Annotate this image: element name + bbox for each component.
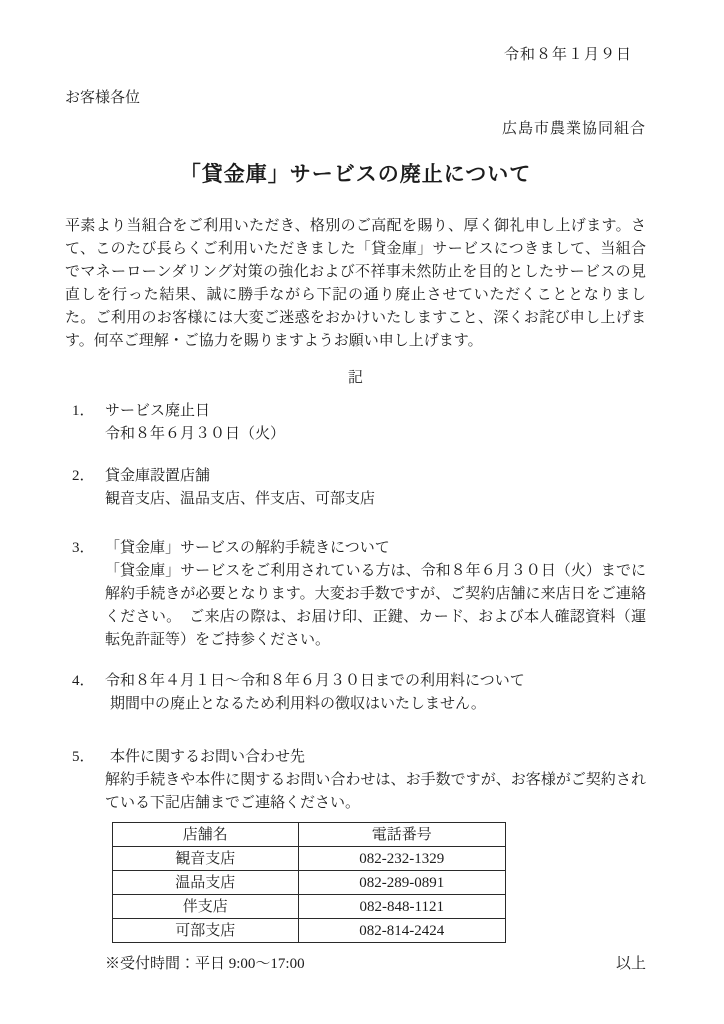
list-item-number: 4． <box>72 670 105 716</box>
list-item-heading: 令和８年４月１日～令和８年６月３０日までの利用料について <box>105 673 525 689</box>
list-item-number: 3． <box>72 537 105 652</box>
list-item-content: サービス廃止日 令和８年６月３０日（火） <box>105 400 646 446</box>
table-header-row: 店舗名 電話番号 <box>113 823 506 847</box>
list-item-content: 「貸金庫」サービスの解約手続きについて 「貸金庫」サービスをご利用されている方は… <box>105 537 646 652</box>
list-item-number: 5． <box>72 746 105 815</box>
column-header-branch: 店舗名 <box>113 823 299 847</box>
list-item-heading: 貸金庫設置店舗 <box>105 468 210 484</box>
list-item-heading: 本件に関するお問い合わせ先 <box>105 749 305 765</box>
list-item-heading: サービス廃止日 <box>105 403 210 419</box>
branch-name: 観音支店 <box>113 847 299 871</box>
branch-name: 可部支店 <box>113 919 299 943</box>
sender-organization: 広島市農業協同組合 <box>65 118 646 141</box>
table-row: 可部支店 082-814-2424 <box>113 919 506 943</box>
closing-marker: 以上 <box>616 953 646 976</box>
branch-name: 伴支店 <box>113 895 299 919</box>
document-page: 令和８年１月９日 お客様各位 広島市農業協同組合 「貸金庫」サービスの廃止につい… <box>0 0 724 1024</box>
table-row: 観音支店 082-232-1329 <box>113 847 506 871</box>
list-item-content: 貸金庫設置店舗 観音支店、温品支店、伴支店、可部支店 <box>105 465 646 511</box>
branch-phone: 082-814-2424 <box>298 919 506 943</box>
list-item-body: 期間中の廃止となるため利用料の徴収はいたしません。 <box>105 696 486 712</box>
list-item-1: 1． サービス廃止日 令和８年６月３０日（火） <box>65 400 646 446</box>
list-item-4: 4． 令和８年４月１日～令和８年６月３０日までの利用料について 期間中の廃止とな… <box>65 670 646 716</box>
list-item-heading: 「貸金庫」サービスの解約手続きについて <box>105 540 390 556</box>
table-row: 伴支店 082-848-1121 <box>113 895 506 919</box>
branch-phone: 082-232-1329 <box>298 847 506 871</box>
list-item-body: 令和８年６月３０日（火） <box>105 426 285 442</box>
list-item-3: 3． 「貸金庫」サービスの解約手続きについて 「貸金庫」サービスをご利用されてい… <box>65 537 646 652</box>
reception-hours-note: ※受付時間：平日 9:00～17:00 <box>65 953 305 976</box>
record-marker: 記 <box>65 367 646 390</box>
list-item-body: 解約手続きや本件に関するお問い合わせは、お手数ですが、お客様がご契約されている下… <box>105 772 646 811</box>
document-date: 令和８年１月９日 <box>65 44 646 67</box>
list-item-body: 「貸金庫」サービスをご利用されている方は、令和８年６月３０日（火）までに解約手続… <box>105 563 646 648</box>
body-paragraph: 平素より当組合をご利用いただき、格別のご高配を賜り、厚く御礼申し上げます。さて、… <box>65 215 646 353</box>
document-title: 「貸金庫」サービスの廃止について <box>65 159 646 189</box>
branch-phone: 082-848-1121 <box>298 895 506 919</box>
branch-phone: 082-289-0891 <box>298 871 506 895</box>
list-item-2: 2． 貸金庫設置店舗 観音支店、温品支店、伴支店、可部支店 <box>65 465 646 511</box>
list-item-content: 本件に関するお問い合わせ先 解約手続きや本件に関するお問い合わせは、お手数ですが… <box>105 746 646 815</box>
table-row: 温品支店 082-289-0891 <box>113 871 506 895</box>
list-item-body: 観音支店、温品支店、伴支店、可部支店 <box>105 491 375 507</box>
salutation: お客様各位 <box>65 87 646 110</box>
list-item-5: 5． 本件に関するお問い合わせ先 解約手続きや本件に関するお問い合わせは、お手数… <box>65 746 646 815</box>
branch-name: 温品支店 <box>113 871 299 895</box>
branch-phone-table: 店舗名 電話番号 観音支店 082-232-1329 温品支店 082-289-… <box>112 822 506 943</box>
list-item-number: 1． <box>72 400 105 446</box>
footer-line: ※受付時間：平日 9:00～17:00 以上 <box>65 953 646 976</box>
list-item-number: 2． <box>72 465 105 511</box>
list-item-content: 令和８年４月１日～令和８年６月３０日までの利用料について 期間中の廃止となるため… <box>105 670 646 716</box>
column-header-phone: 電話番号 <box>298 823 506 847</box>
